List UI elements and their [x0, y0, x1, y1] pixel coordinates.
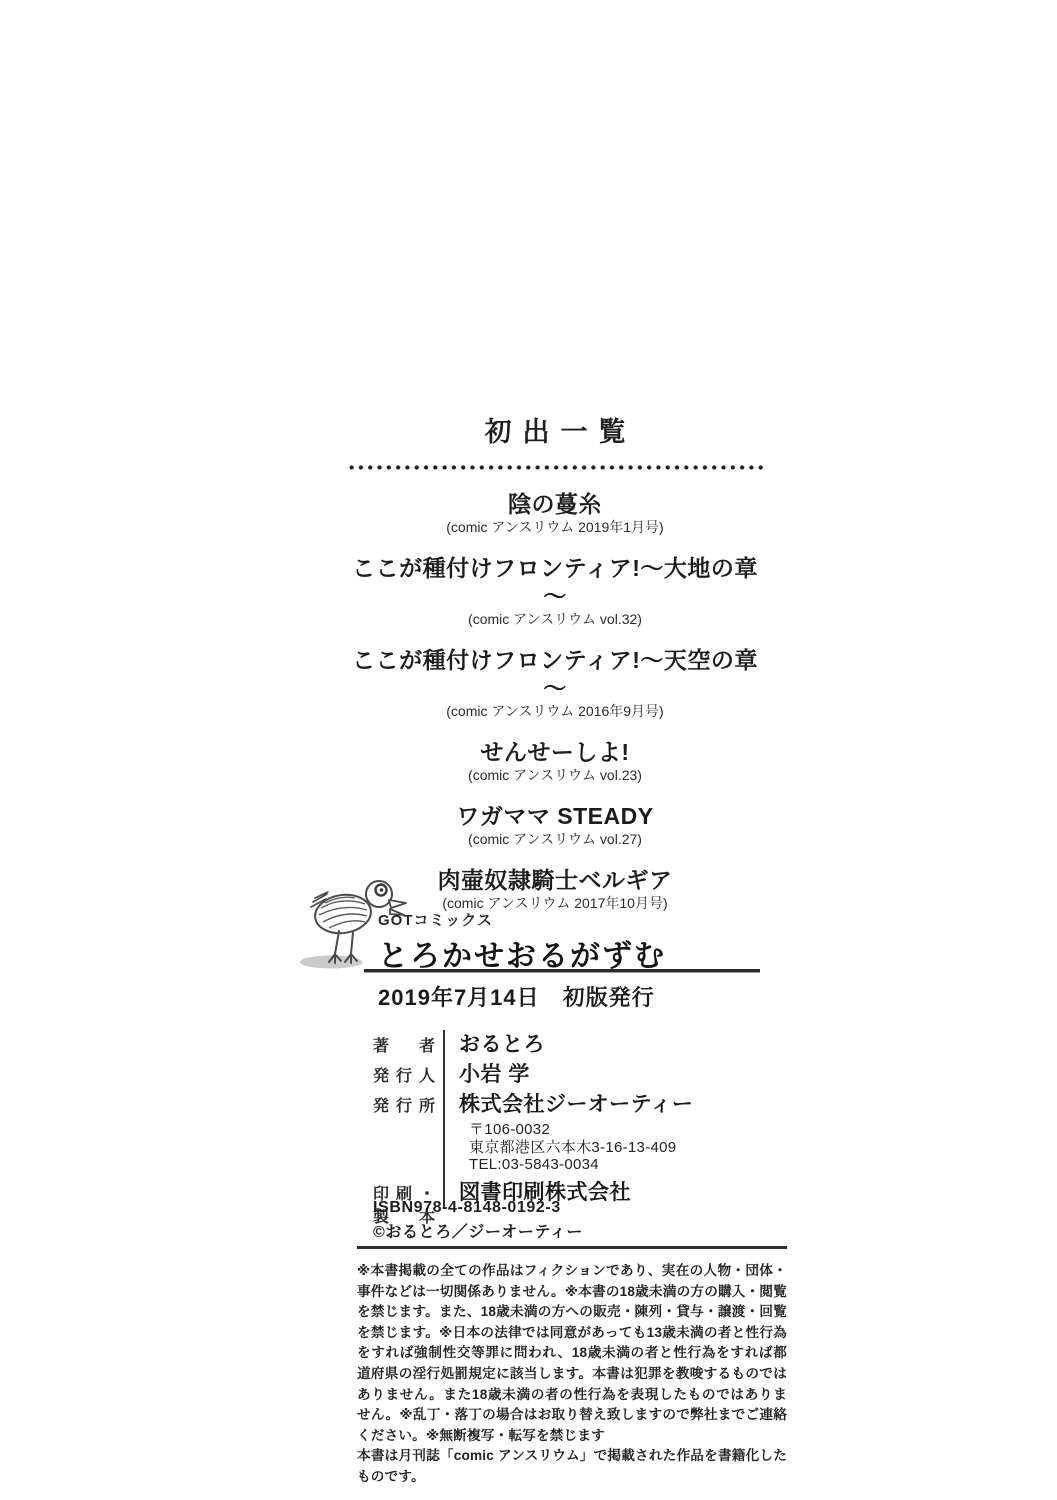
credit-subline: 〒106-0032: [459, 1121, 773, 1139]
first-publication-list: 陰の蔓糸 (comic アンスリウム 2019年1月号) ここが種付けフロンティ…: [345, 490, 765, 913]
isbn: ISBN978-4-8148-0192-3: [373, 1199, 561, 1217]
credit-value-cell: 株式会社ジーオーティー 〒106-0032東京都港区六本木3-16-13-409…: [443, 1090, 773, 1178]
work-source: (comic アンスリウム 2019年1月号): [345, 518, 765, 537]
list-item: せんせーしよ! (comic アンスリウム vol.23): [345, 738, 765, 785]
credits-table: 著者 おるとろ 発行人 小岩 学 発行所 株式会社ジーオーティー 〒106-0: [373, 1030, 773, 1227]
work-source: (comic アンスリウム vol.27): [345, 830, 765, 849]
work-title: ここが種付けフロンティア!～大地の章～: [345, 554, 765, 610]
credit-value: 小岩 学: [459, 1060, 773, 1090]
table-row: 発行所 株式会社ジーオーティー 〒106-0032東京都港区六本木3-16-13…: [373, 1090, 773, 1178]
first-publication-heading: 初出一覧: [345, 410, 765, 449]
title-rule: [364, 969, 760, 973]
work-title: 陰の蔓糸: [345, 490, 765, 518]
legal-block: ※本書掲載の全ての作品はフィクションであり、実在の人物・団体・事件などは一切関係…: [357, 1261, 787, 1488]
work-source: (comic アンスリウム vol.32): [345, 610, 765, 629]
credit-label: 発行所: [373, 1093, 435, 1116]
legal-disclaimer: ※本書掲載の全ての作品はフィクションであり、実在の人物・団体・事件などは一切関係…: [357, 1261, 787, 1446]
colophon-page: 初出一覧 陰の蔓糸 (comic アンスリウム 2019年1月号) ここが種付け…: [0, 0, 1057, 1500]
work-source: (comic アンスリウム vol.23): [345, 766, 765, 785]
copyright: ©おるとろ／ジーオーティー: [373, 1219, 583, 1242]
work-title: 肉壷奴隷騎士ベルギア: [345, 866, 765, 894]
print-date: 2019年7月14日 初版発行: [378, 981, 655, 1012]
credit-subline: 東京都港区六本木3-16-13-409: [459, 1139, 773, 1157]
list-item: 肉壷奴隷騎士ベルギア (comic アンスリウム 2017年10月号): [345, 866, 765, 913]
list-item: ここが種付けフロンティア!～大地の章～ (comic アンスリウム vol.32…: [345, 554, 765, 629]
work-title: せんせーしよ!: [345, 738, 765, 766]
work-source: (comic アンスリウム 2016年9月号): [345, 702, 765, 721]
legal-divider: [357, 1246, 787, 1249]
table-row: 発行人 小岩 学: [373, 1060, 773, 1090]
credit-value-cell: 小岩 学: [443, 1060, 773, 1090]
credit-label: 著者: [373, 1033, 435, 1056]
work-title: ワガママ STEADY: [345, 802, 765, 830]
credit-value: 株式会社ジーオーティー: [459, 1090, 773, 1120]
credit-sublines: 〒106-0032東京都港区六本木3-16-13-409TEL:03-5843-…: [459, 1120, 773, 1178]
dotted-divider: [347, 465, 763, 470]
first-publication-section: 初出一覧 陰の蔓糸 (comic アンスリウム 2019年1月号) ここが種付け…: [345, 410, 765, 930]
list-item: ここが種付けフロンティア!～天空の章～ (comic アンスリウム 2016年9…: [345, 646, 765, 721]
credit-label: 発行人: [373, 1063, 435, 1086]
list-item: ワガママ STEADY (comic アンスリウム vol.27): [345, 802, 765, 849]
credit-value-cell: おるとろ: [443, 1030, 773, 1060]
work-title: ここが種付けフロンティア!～天空の章～: [345, 646, 765, 702]
table-row: 著者 おるとろ: [373, 1030, 773, 1060]
credit-value: おるとろ: [459, 1030, 773, 1060]
credit-subline: TEL:03-5843-0034: [459, 1156, 773, 1174]
legal-source-note: 本書は月刊誌「comic アンスリウム」で掲載された作品を書籍化したものです。: [357, 1446, 787, 1487]
imprint-label: GOTコミックス: [378, 909, 493, 930]
list-item: 陰の蔓糸 (comic アンスリウム 2019年1月号): [345, 490, 765, 537]
